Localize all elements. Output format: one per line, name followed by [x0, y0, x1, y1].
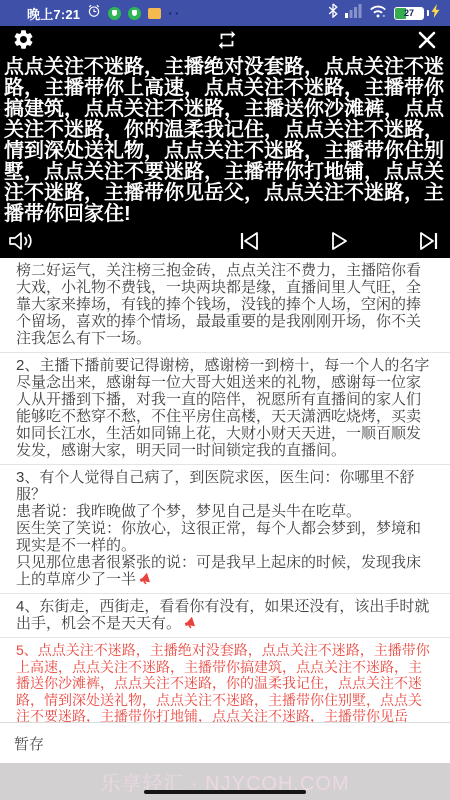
close-icon[interactable]	[418, 31, 436, 54]
charging-bolt-icon	[431, 4, 440, 23]
battery-icon: 27	[394, 7, 424, 20]
speaker-icon[interactable]	[8, 230, 34, 252]
home-indicator[interactable]	[144, 790, 306, 794]
script-item-1[interactable]: 榜二好运气，关注榜三抱金砖，点点关注不费力，主播陪你看大戏，小礼物不费钱，一块两…	[0, 258, 450, 353]
prompter-toolbar	[0, 26, 450, 56]
player-controls	[0, 226, 450, 258]
app-screen: 晚上7:21 ··	[0, 0, 450, 800]
megaphone-icon	[183, 615, 198, 630]
draft-label: 暂存	[14, 736, 44, 753]
script-item-text: 5、点点关注不迷路，主播绝对没套路，点点关注不迷路，主播带你上高速，点点关注不迷…	[16, 642, 430, 722]
prompter-text: 点点关注不迷路，主播绝对没套路，点点关注不迷路，主播带你上高速，点点关注不迷路，…	[0, 56, 450, 226]
green-app-badge-icon	[108, 7, 121, 20]
bluetooth-icon	[328, 3, 338, 23]
alarm-clock-icon	[87, 4, 101, 23]
next-icon[interactable]	[416, 229, 442, 253]
script-item-text: 榜二好运气，关注榜三抱金砖，点点关注不费力，主播陪你看大戏，小礼物不费钱，一块两…	[16, 262, 421, 347]
battery-cap	[427, 10, 429, 16]
script-item-2[interactable]: 2、主播下播前要记得谢榜，感谢榜一到榜十，每一个人的名字尽量念出来，感谢每一位大…	[0, 353, 450, 465]
battery-percent: 27	[395, 8, 423, 19]
status-bar-left: 晚上7:21 ··	[27, 4, 182, 23]
script-item-text: 3、有个人觉得自己病了，到医院求医，医生问：你哪里不舒服？ 患者说：我昨晚做了个…	[16, 469, 421, 588]
megaphone-icon	[138, 571, 153, 586]
previous-icon[interactable]	[236, 229, 262, 253]
message-badge-icon	[148, 8, 161, 19]
script-item-text: 4、东街走，西街走，看看你有没有，如果还没有，该出手时就出手，机会不是天天有。	[16, 598, 429, 632]
draft-row[interactable]: 暂存	[0, 722, 450, 763]
script-item-4[interactable]: 4、东街走，西街走，看看你有没有，如果还没有，该出手时就出手，机会不是天天有。	[0, 594, 450, 638]
repeat-icon[interactable]	[215, 29, 239, 56]
script-item-3[interactable]: 3、有个人觉得自己病了，到医院求医，医生问：你哪里不舒服？ 患者说：我昨晚做了个…	[0, 465, 450, 594]
status-bar: 晚上7:21 ··	[0, 0, 450, 26]
green-app-badge-icon	[128, 7, 141, 20]
signal-icon	[345, 4, 362, 23]
script-item-text: 2、主播下播前要记得谢榜，感谢榜一到榜十，每一个人的名字尽量念出来，感谢每一位大…	[16, 357, 429, 459]
status-time: 晚上7:21	[27, 4, 80, 23]
footer-bar: 乐享轻汇 · NJYCOH.COM	[0, 763, 450, 800]
wifi-icon	[369, 4, 387, 23]
play-icon[interactable]	[326, 229, 352, 253]
script-list: 榜二好运气，关注榜三抱金砖，点点关注不费力，主播陪你看大戏，小礼物不费钱，一块两…	[0, 258, 450, 722]
prompter-panel: 点点关注不迷路，主播绝对没套路，点点关注不迷路，主播带你上高速，点点关注不迷路，…	[0, 26, 450, 258]
gear-icon[interactable]	[12, 28, 35, 56]
script-item-5[interactable]: 5、点点关注不迷路，主播绝对没套路，点点关注不迷路，主播带你上高速，点点关注不迷…	[0, 638, 450, 722]
more-notifications-dots: ··	[168, 8, 181, 18]
battery-group: 27	[394, 4, 440, 23]
status-bar-right: 27	[328, 3, 440, 23]
